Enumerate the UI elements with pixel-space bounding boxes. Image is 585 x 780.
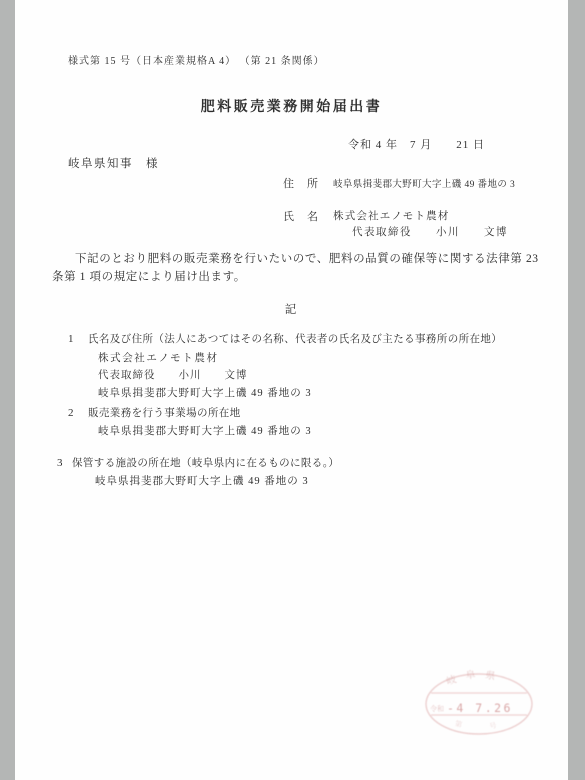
receipt-stamp: 岐阜県 令和 -4 7.26 第 号 <box>413 662 545 748</box>
document-date: 令和 4 年 7 月 21 日 <box>348 139 485 152</box>
stamp-date-text: -4 7.26 <box>447 701 513 715</box>
document-page: 様式第 15 号（日本産業規格A 4） （第 21 条関係） 肥料販売業務開始届… <box>15 0 568 780</box>
item-2-address: 岐阜県揖斐郡大野町大字上磯 49 番地の 3 <box>98 426 312 438</box>
item-1-representative: 代表取締役 小川 文博 <box>98 370 248 382</box>
name-label: 氏 名 <box>283 211 319 224</box>
item-1-address: 岐阜県揖斐郡大野町大字上磯 49 番地の 3 <box>98 388 312 400</box>
stamp-era-text: 令和 <box>430 704 444 713</box>
item-2-number: 2 <box>68 407 74 420</box>
representative-name: 代表取締役 小川 文博 <box>352 227 508 239</box>
svg-text:第 号: 第 号 <box>454 719 502 732</box>
item-3-address: 岐阜県揖斐郡大野町大字上磯 49 番地の 3 <box>95 476 309 488</box>
item-3-heading: 保管する施設の所在地（岐阜県内に在るものに限る。） <box>72 458 339 470</box>
svg-text:岐阜県: 岐阜県 <box>444 668 505 688</box>
item-2-heading: 販売業務を行う事業場の所在地 <box>88 408 241 420</box>
company-name: 株式会社エノモト農材 <box>333 211 450 223</box>
body-paragraph-line-2: 条第 1 項の規定により届け出ます。 <box>52 271 246 284</box>
stamp-number-text: 第 号 <box>454 719 502 732</box>
address-label: 住 所 <box>283 178 319 191</box>
item-1-number: 1 <box>68 333 74 346</box>
addressee: 岐阜県知事 様 <box>68 158 159 171</box>
stamp-region-text: 岐阜県 <box>444 668 505 688</box>
viewer-background: 様式第 15 号（日本産業規格A 4） （第 21 条関係） 肥料販売業務開始届… <box>0 0 585 780</box>
item-3-number: 3 <box>57 457 63 470</box>
body-paragraph-line-1: 下記のとおり肥料の販売業務を行いたいので、肥料の品質の確保等に関する法律第 23 <box>75 253 539 266</box>
record-heading: 記 <box>15 304 568 317</box>
form-number-line: 様式第 15 号（日本産業規格A 4） （第 21 条関係） <box>68 56 325 68</box>
document-title: 肥料販売業務開始届出書 <box>15 100 568 116</box>
item-1-heading: 氏名及び住所（法人にあつてはその名称、代表者の氏名及び主たる事務所の所在地） <box>88 334 502 346</box>
item-1-company: 株式会社エノモト農材 <box>98 353 219 365</box>
address-value: 岐阜県揖斐郡大野町大字上磯 49 番地の 3 <box>333 180 515 191</box>
